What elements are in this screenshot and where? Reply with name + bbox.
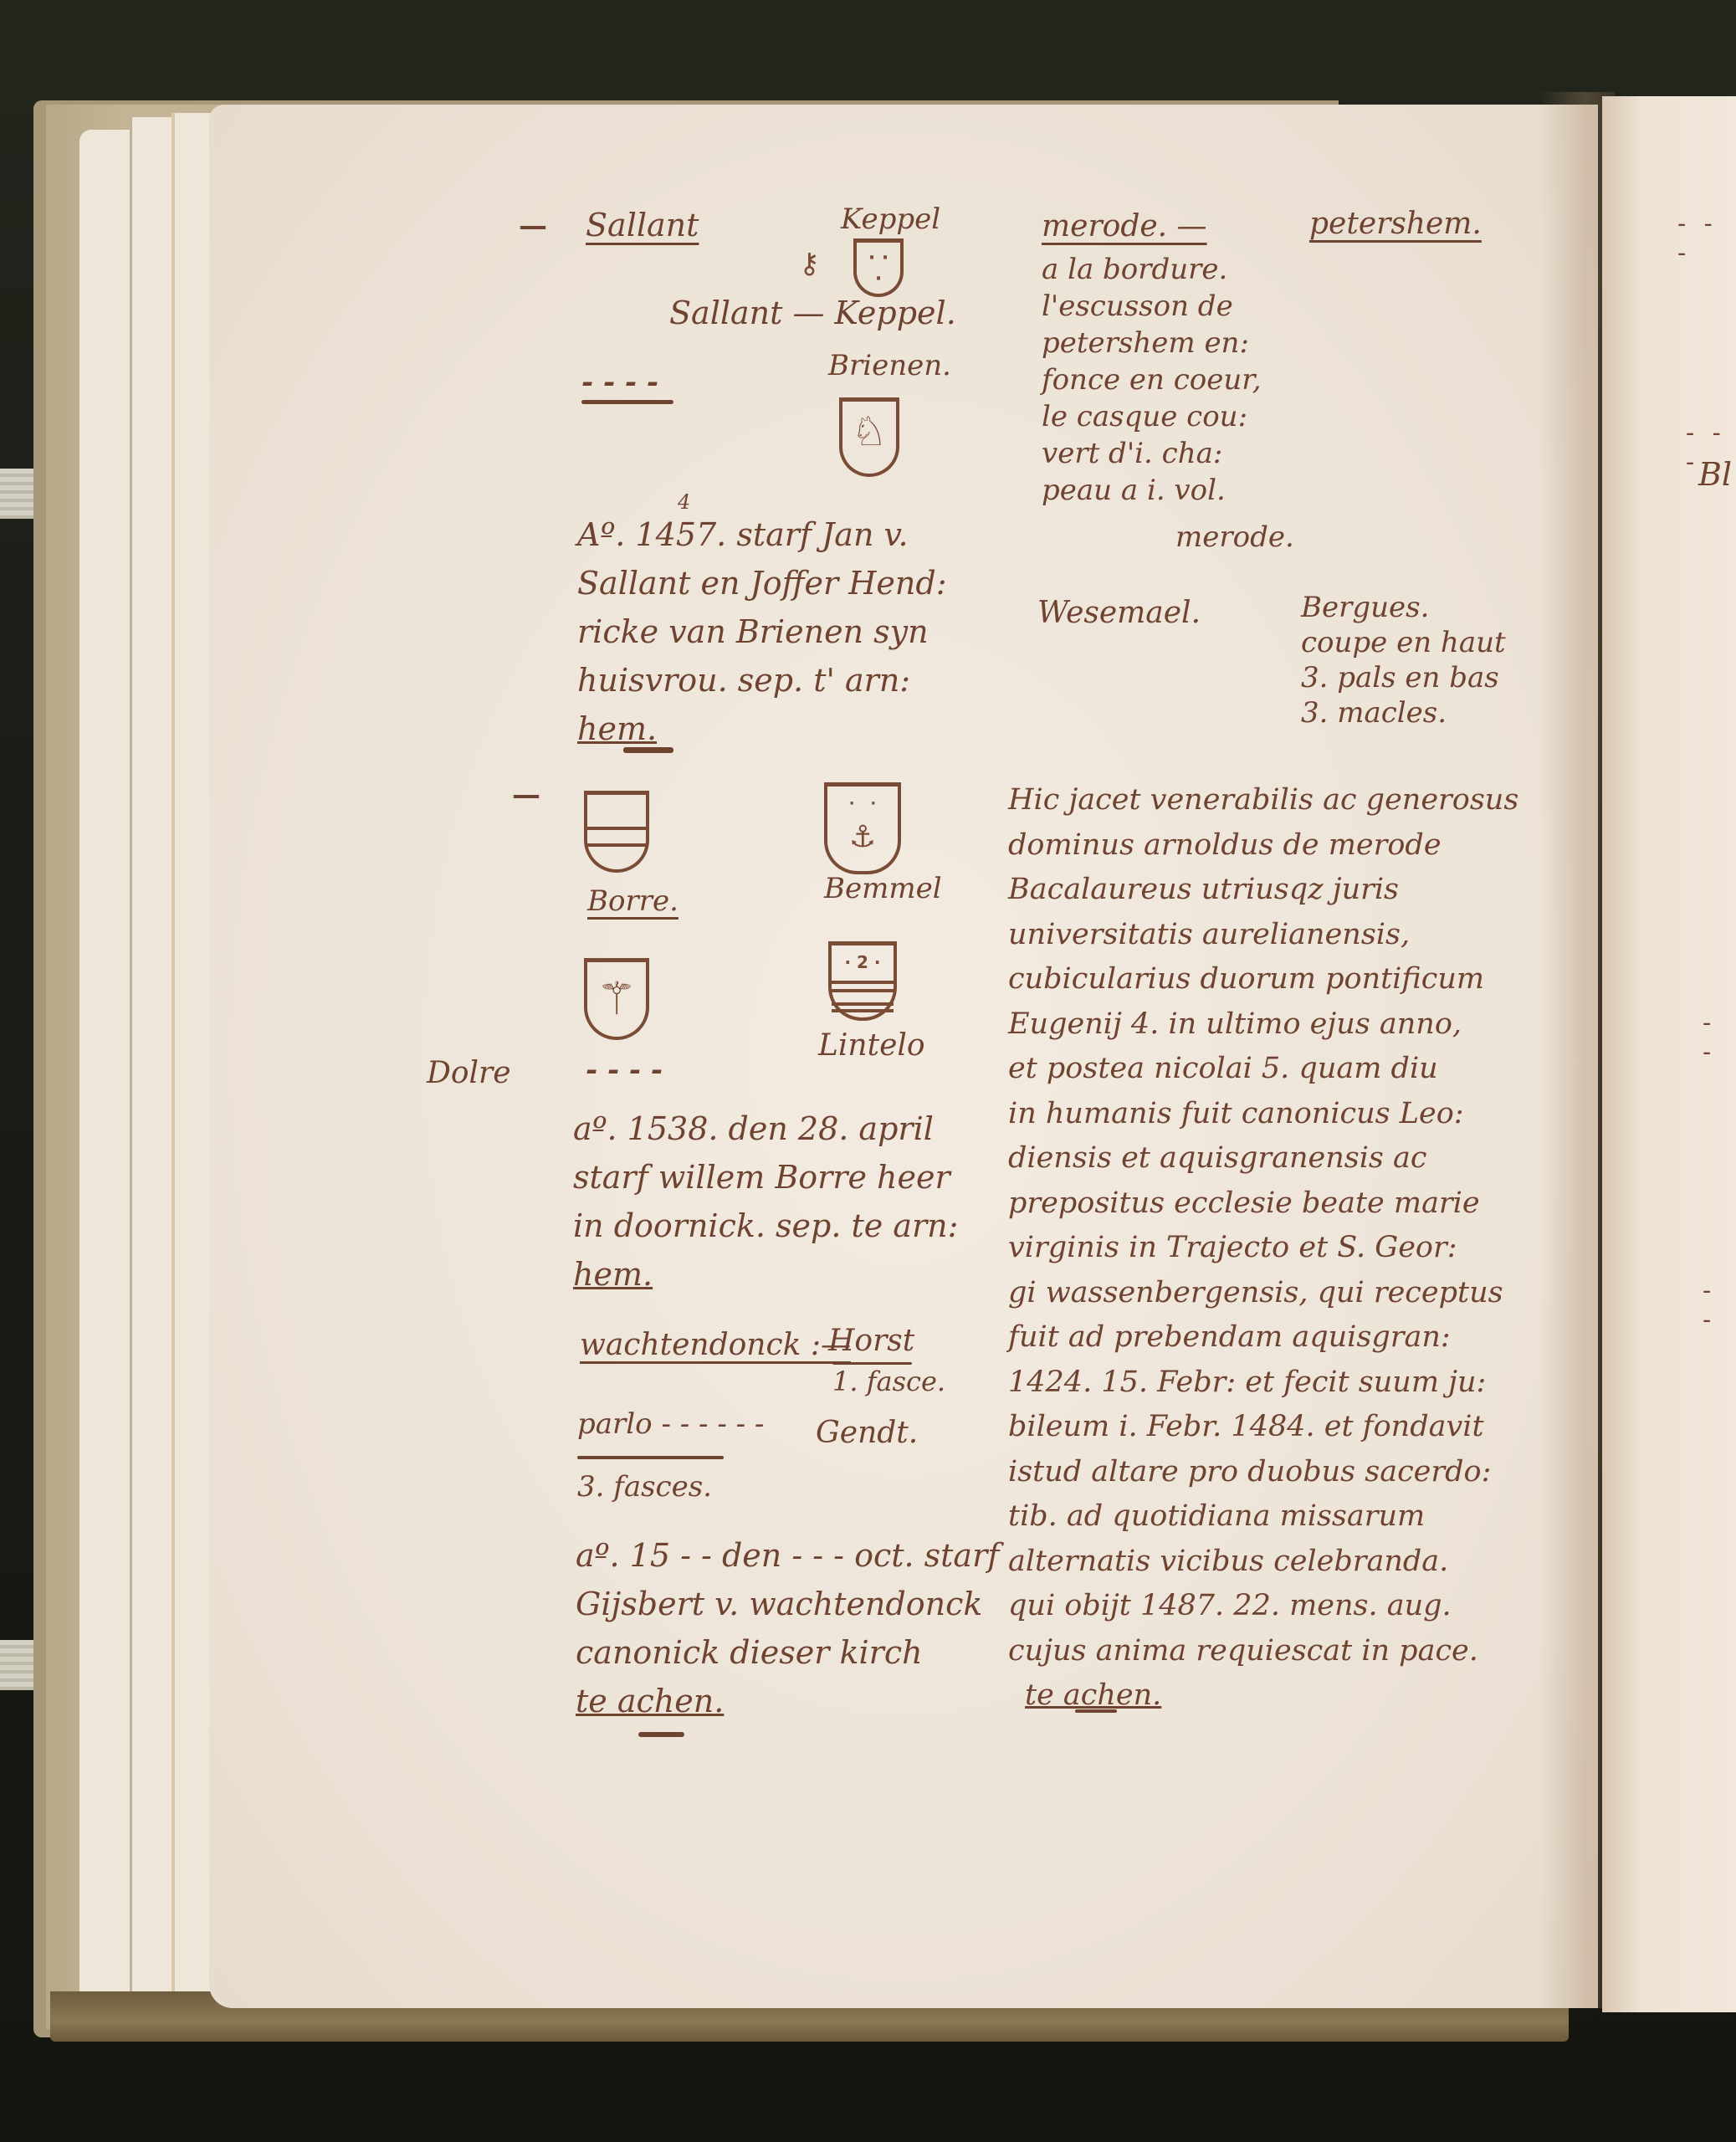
coat-of-arms-lion-icon: ⚚ xyxy=(584,958,649,1040)
underline-rule xyxy=(832,1362,912,1365)
label-one-fasce: 1. fasce. xyxy=(832,1368,945,1395)
bergues-blazon: Bergues. coupe en haut 3. pals en bas 3.… xyxy=(1301,590,1506,730)
entry-15xx: aº. 15 - - den - - - oct. starf Gijsbert… xyxy=(576,1531,999,1725)
coat-of-arms-lintelo-icon: · 2 · xyxy=(828,941,897,1021)
label-horst: Horst xyxy=(828,1326,914,1356)
right-page-dash: - - xyxy=(1703,1008,1736,1067)
facing-page-fragment: - - - - - - Bl - - - - xyxy=(1602,96,1736,2012)
label-gendt: Gendt. xyxy=(816,1418,918,1448)
heading-wachtendonck: wachtendonck :— xyxy=(580,1330,851,1361)
dash-placeholder: - - - - xyxy=(586,1056,663,1084)
heading-sallant: Sallant xyxy=(586,209,699,241)
section-separator xyxy=(638,1732,684,1737)
margin-mark: — xyxy=(512,778,545,812)
dash-placeholder: - - - - xyxy=(581,368,658,397)
coat-of-arms-brienen-icon: ♘ xyxy=(839,397,899,477)
heading-petershem: petershem. xyxy=(1309,209,1482,239)
label-borre: Borre. xyxy=(587,887,679,915)
section-separator xyxy=(1075,1709,1117,1713)
superscript: 4 xyxy=(678,492,690,512)
entry-1457: 4 Aº. 1457. starf Jan v. Sallant en Joff… xyxy=(577,510,947,753)
heading-merode: merode. — xyxy=(1042,212,1207,242)
right-page-dash: - - xyxy=(1703,1276,1736,1335)
heading-sallant-keppel: Sallant — Keppel. xyxy=(669,297,956,329)
right-page-dash: - - - xyxy=(1677,209,1736,268)
label-bemmel: Bemmel xyxy=(824,874,942,903)
coat-of-arms-keppel-icon: · ·· xyxy=(853,238,904,297)
coat-of-arms-borre-icon xyxy=(584,791,649,873)
underline-rule xyxy=(577,1456,724,1459)
underline-rule xyxy=(581,400,673,404)
label-three-fasces: 3. fasces. xyxy=(577,1473,712,1501)
label-lintelo: Lintelo xyxy=(818,1031,925,1061)
label-keppel: Keppel xyxy=(841,205,940,233)
right-page-fragment-text: Bl xyxy=(1698,456,1732,493)
section-separator xyxy=(623,747,673,753)
margin-mark: — xyxy=(519,209,552,243)
label-merode: merode. xyxy=(1175,523,1294,551)
label-brienen: Brienen. xyxy=(828,351,951,380)
entry-1538: aº. 1538. den 28. april starf willem Bor… xyxy=(573,1104,958,1299)
epitaph-arnoldus-de-merode: Hic jacet venerabilis ac generosus domin… xyxy=(1008,778,1518,1719)
merode-blazon: a la bordure. l'escusson de petershem en… xyxy=(1042,251,1262,509)
margin-note-dolre: Dolre xyxy=(427,1058,511,1089)
coat-of-arms-bemmel-icon: · · ⚓ xyxy=(824,782,901,874)
label-wesemael: Wesemael. xyxy=(1037,598,1201,628)
key-charge-icon: ⚷ xyxy=(799,247,820,280)
label-parlo: parlo - - - - - - xyxy=(577,1410,764,1438)
